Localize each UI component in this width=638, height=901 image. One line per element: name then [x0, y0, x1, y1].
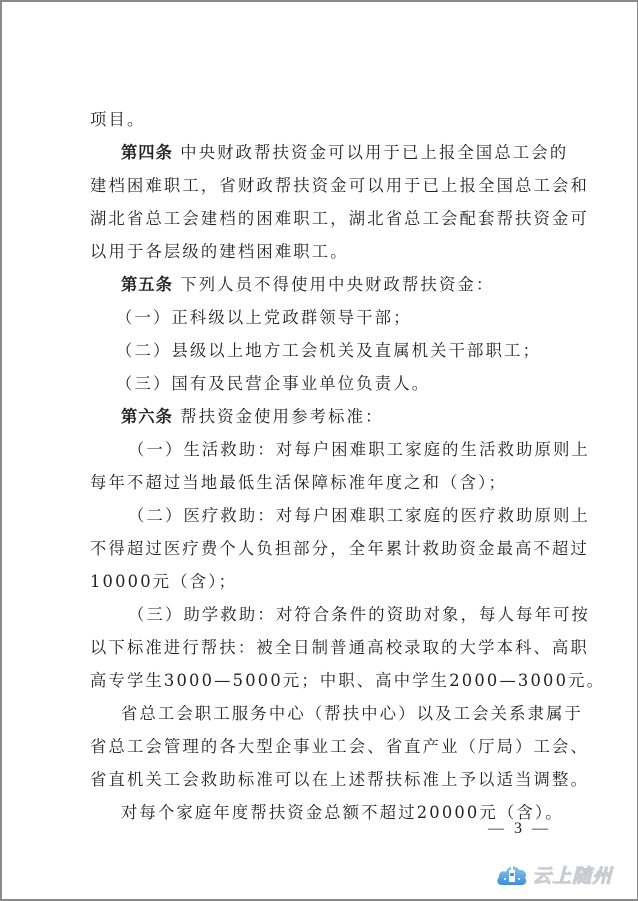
document-body: 项目。 第四条 中央财政帮扶资金可以用于已上报全国总工会的 建档困难职工，省财政… — [90, 103, 550, 829]
text-line: 省总工会管理的各大型企事业工会、省直产业（厅局）工会、 — [90, 730, 550, 763]
list-item: （一）正科级以上党政群领导干部； — [90, 301, 550, 334]
text-line: 项目。 — [90, 103, 550, 136]
article-heading: 第六条 — [121, 407, 173, 426]
text-line: 湖北省总工会建档的困难职工，湖北省总工会配套帮扶资金可 — [90, 202, 550, 235]
article-heading: 第五条 — [121, 275, 173, 294]
article-heading: 第四条 — [121, 143, 173, 162]
text-line: 10000元（含）； — [90, 565, 550, 598]
text-line: 建档困难职工，省财政帮扶资金可以用于已上报全国总工会和 — [90, 169, 550, 202]
text-line: （二）医疗救助：对每户困难职工家庭的医疗救助原则上 — [90, 499, 550, 532]
text-line: 以用于各层级的建档困难职工。 — [90, 235, 550, 268]
text-line: 对每个家庭年度帮扶资金总额不超过20000元（含）。 — [90, 796, 550, 829]
text-line: 省总工会职工服务中心（帮扶中心）以及工会关系隶属于 — [90, 697, 550, 730]
page-number: — 3 — — [488, 820, 551, 838]
list-item: （二）县级以上地方工会机关及直属机关干部职工； — [90, 334, 550, 367]
text-line: 以下标准进行帮扶：被全日制普通高校录取的大学本科、高职 — [90, 631, 550, 664]
text-line: 不得超过医疗费个人负担部分，全年累计救助资金最高不超过 — [90, 532, 550, 565]
list-item: （三）国有及民营企事业单位负责人。 — [90, 367, 550, 400]
text-span: 中央财政帮扶资金可以用于已上报全国总工会的 — [173, 143, 568, 162]
text-line: 省直机关工会救助标准可以在上述帮扶标准上予以适当调整。 — [90, 763, 550, 796]
watermark: 云上随州 — [496, 860, 626, 888]
document-page: 项目。 第四条 中央财政帮扶资金可以用于已上报全国总工会的 建档困难职工，省财政… — [0, 0, 638, 901]
text-line: 每年不超过当地最低生活保障标准年度之和（含）； — [90, 466, 550, 499]
cloud-tower-logo-icon — [496, 861, 528, 887]
article-6-line: 第六条 帮扶资金使用参考标准： — [90, 400, 550, 433]
watermark-text: 云上随州 — [532, 861, 612, 888]
text-line: 高专学生3000—5000元；中职、高中学生2000—3000元。 — [90, 664, 550, 697]
text-line: （三）助学救助：对符合条件的资助对象，每人每年可按 — [90, 598, 550, 631]
text-span: 帮扶资金使用参考标准： — [180, 407, 383, 426]
text-line: （一）生活救助：对每户困难职工家庭的生活救助原则上 — [90, 433, 550, 466]
article-5-line: 第五条 下列人员不得使用中央财政帮扶资金： — [90, 268, 550, 301]
article-4-line: 第四条 中央财政帮扶资金可以用于已上报全国总工会的 — [90, 136, 550, 169]
text-span: 下列人员不得使用中央财政帮扶资金： — [180, 275, 494, 294]
